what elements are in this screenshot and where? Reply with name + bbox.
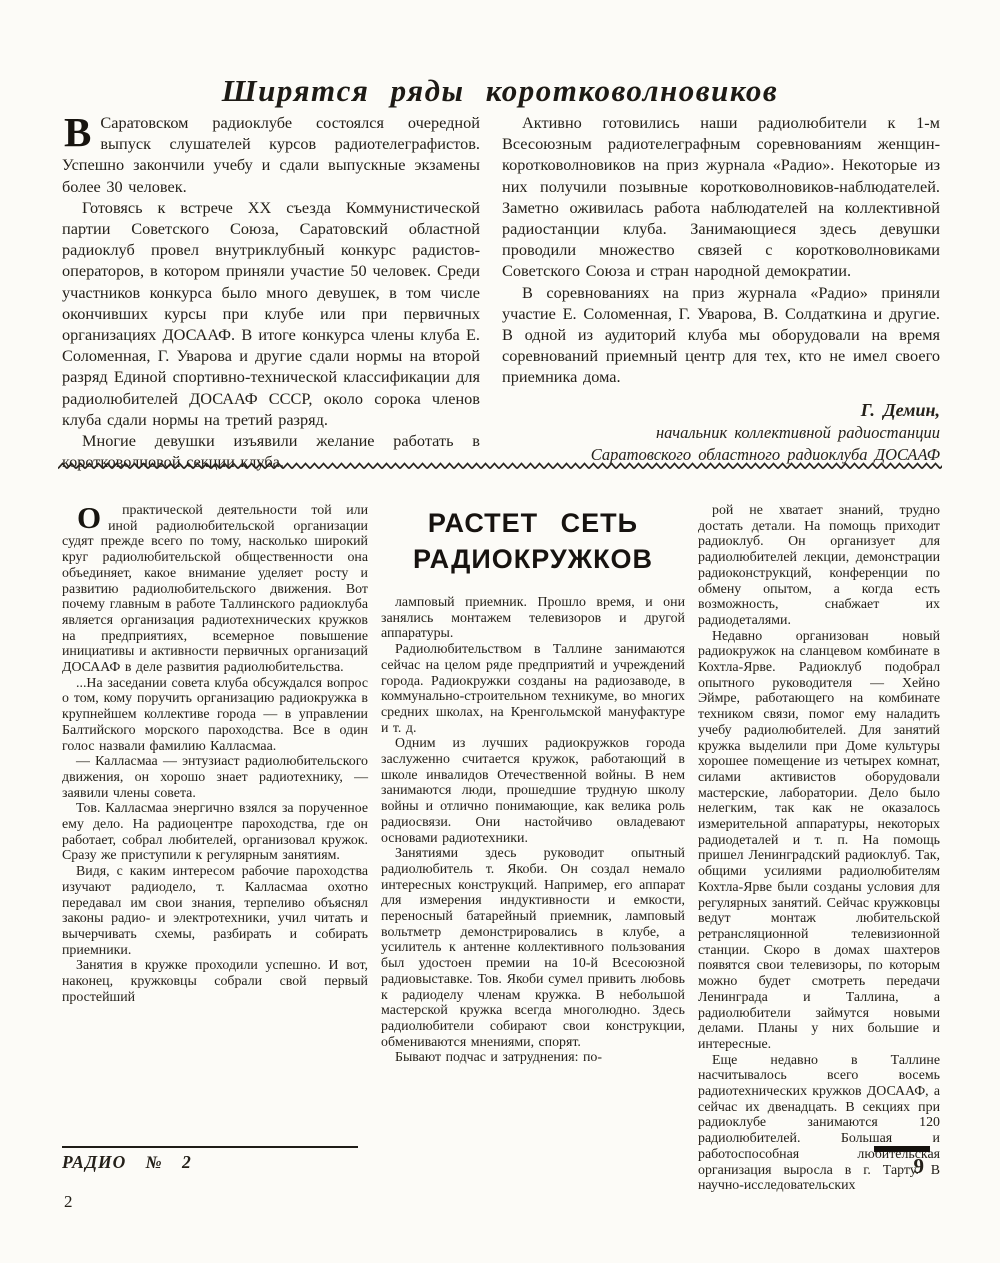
journal-issue-label: РАДИО № 2 (62, 1152, 358, 1173)
paragraph: Активно готовились наши радиолюбители к … (502, 112, 940, 282)
paragraph: В соревнованиях на приз журнала «Радио» … (502, 282, 940, 388)
wavy-divider (58, 458, 942, 468)
section-heading-line1: РАСТЕТ СЕТЬ (381, 505, 685, 541)
paragraph: Одним из лучших радиокружков города засл… (381, 736, 685, 846)
footer-page-block: 9 (872, 1146, 930, 1178)
footer-journal-block: РАДИО № 2 (62, 1146, 358, 1173)
section-heading-line2: РАДИОКРУЖКОВ (381, 541, 685, 577)
footer-black-bar (874, 1146, 930, 1152)
paragraph: Тов. Калласмаа энергично взялся за поруч… (62, 801, 368, 864)
paragraph: Опрактической деятельности той или иной … (62, 503, 368, 676)
bottom-article: Опрактической деятельности той или иной … (62, 503, 940, 1194)
top-article-right-column: Активно готовились наши радиолюбители к … (502, 112, 940, 472)
paragraph: Занятия в кружке проходили успешно. И во… (62, 958, 368, 1005)
paragraph: рой не хватает знаний, трудно достать де… (698, 503, 940, 629)
magazine-page: Ширятся ряды коротковолновиков ВСаратовс… (0, 0, 1000, 1263)
drop-cap-v: В (62, 112, 100, 150)
signature-block: Г. Демин, начальник коллективной радиост… (502, 398, 940, 466)
paragraph: Радиолюбительством в Таллине занимаются … (381, 642, 685, 736)
page-number-right: 9 (872, 1154, 930, 1178)
bottom-article-column-1: Опрактической деятельности той или иной … (62, 503, 368, 1194)
paragraph: ламповый приемник. Прошло время, и они з… (381, 595, 685, 642)
top-article-left-column: ВСаратовском радиоклубе состоялся очеред… (62, 112, 480, 472)
page-number-left: 2 (64, 1192, 73, 1212)
signature-role-line1: начальник коллективной радиостанции (502, 422, 940, 444)
paragraph-text: практической деятельности той или иной р… (62, 503, 368, 675)
bottom-article-column-2: РАСТЕТ СЕТЬРАДИОКРУЖКОВ ламповый приемни… (381, 503, 685, 1194)
paragraph: ВСаратовском радиоклубе состоялся очеред… (62, 112, 480, 197)
paragraph: Видя, с каким интересом рабочие пароходс… (62, 864, 368, 958)
signature-name: Г. Демин, (502, 398, 940, 422)
paragraph: Занятиями здесь руководит опытный радиол… (381, 846, 685, 1050)
drop-cap-o: О (62, 503, 108, 531)
paragraph: Недавно организован новый радиокружок на… (698, 629, 940, 1053)
article-title: Ширятся ряды коротковолновиков (0, 73, 1000, 109)
footer-rule (62, 1146, 358, 1148)
paragraph: Бывают подчас и затруднения: по- (381, 1050, 685, 1066)
paragraph: Готовясь к встрече XX съезда Коммунистич… (62, 197, 480, 430)
bottom-article-column-3: рой не хватает знаний, трудно достать де… (698, 503, 940, 1194)
paragraph-text: Саратовском радиоклубе состоялся очередн… (62, 113, 480, 196)
section-heading: РАСТЕТ СЕТЬРАДИОКРУЖКОВ (381, 505, 685, 577)
paragraph: — Калласмаа — энтузиаст радиолюбительско… (62, 754, 368, 801)
top-article: ВСаратовском радиоклубе состоялся очеред… (62, 112, 940, 472)
paragraph: ...На заседании совета клуба обсуждался … (62, 676, 368, 755)
